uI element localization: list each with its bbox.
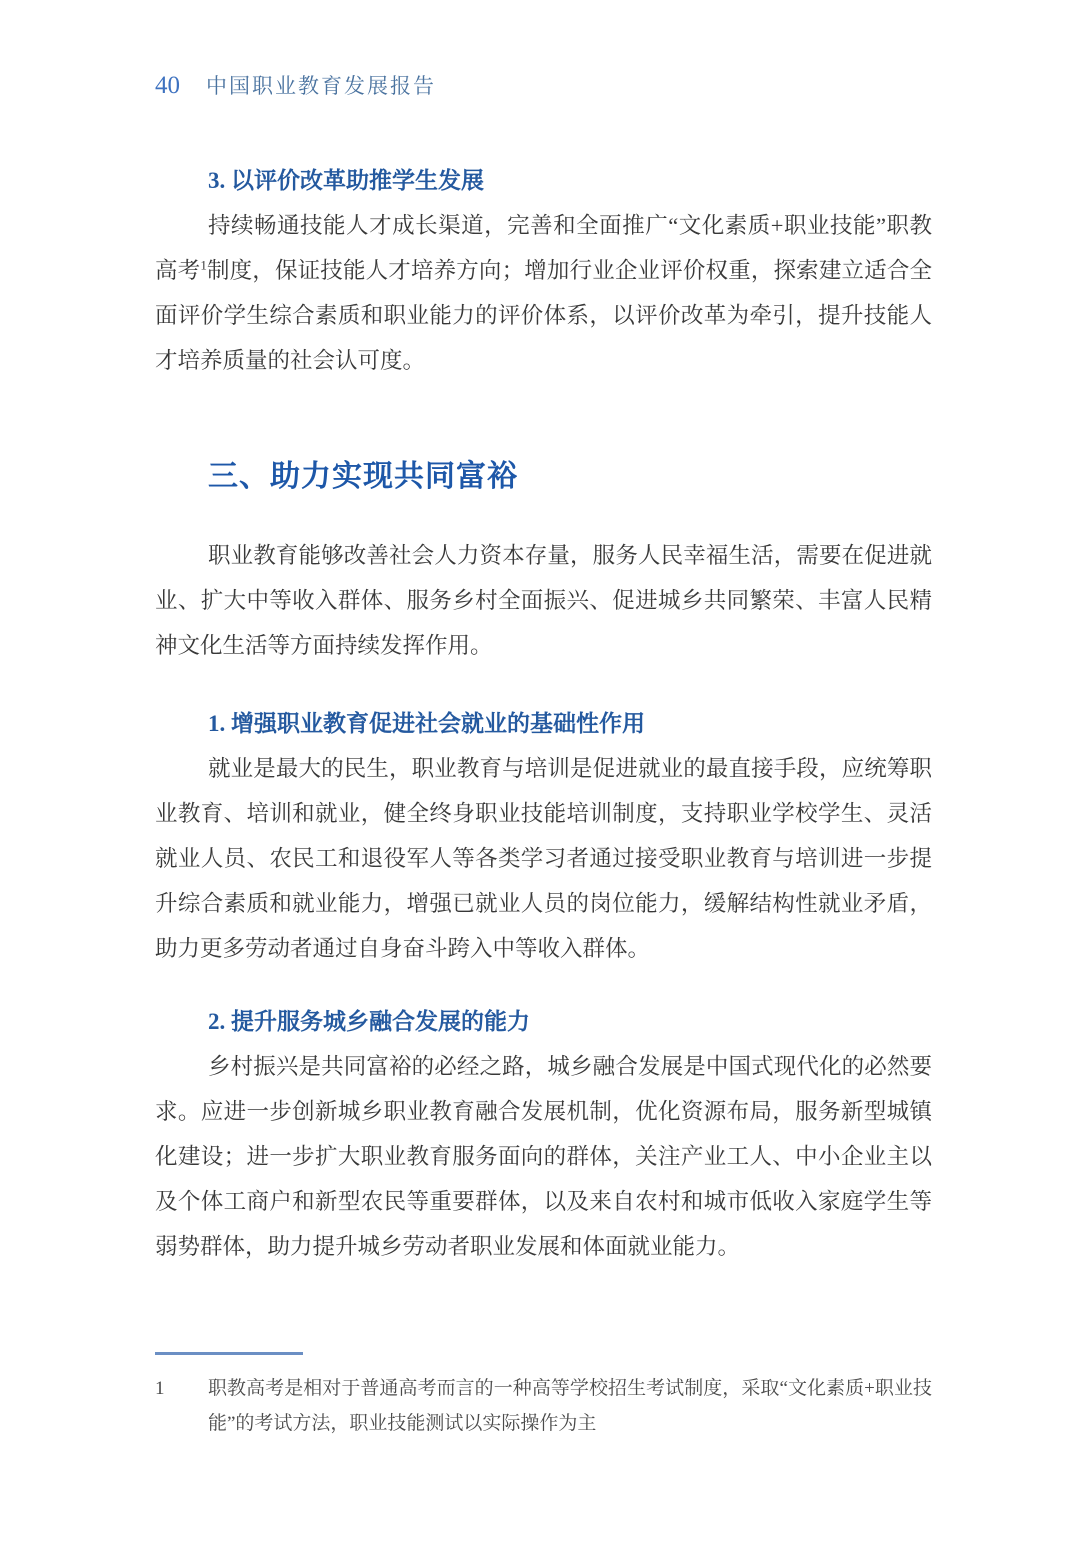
footnote-divider (155, 1352, 303, 1355)
subsection-1-heading: 1. 增强职业教育促进社会就业的基础性作用 (208, 701, 932, 746)
report-title: 中国职业教育发展报告 (206, 70, 436, 100)
subsection-1-paragraph: 就业是最大的民生，职业教育与培训是促进就业的最直接手段，应统筹职业教育、培训和就… (155, 746, 932, 971)
paragraph-text-after-footnote-ref: 制度，保证技能人才培养方向；增加行业企业评价权重，探索建立适合全面评价学生综合素… (155, 258, 932, 373)
subsection-3-paragraph: 持续畅通技能人才成长渠道，完善和全面推广“文化素质+职业技能”职教高考1制度，保… (155, 203, 932, 383)
footnote-text: 职教高考是相对于普通高考而言的一种高等学校招生考试制度，采取“文化素质+职业技能… (208, 1371, 932, 1441)
footnote-row: 1 职教高考是相对于普通高考而言的一种高等学校招生考试制度，采取“文化素质+职业… (155, 1371, 932, 1441)
running-header: 40 中国职业教育发展报告 (155, 70, 932, 100)
footnote-area: 1 职教高考是相对于普通高考而言的一种高等学校招生考试制度，采取“文化素质+职业… (155, 1352, 932, 1441)
chapter-heading: 三、助力实现共同富裕 (208, 451, 932, 503)
document-page: 40 中国职业教育发展报告 3. 以评价改革助推学生发展 持续畅通技能人才成长渠… (0, 0, 1080, 1561)
subsection-2-paragraph: 乡村振兴是共同富裕的必经之路，城乡融合发展是中国式现代化的必然要求。应进一步创新… (155, 1044, 932, 1269)
subsection-2-heading: 2. 提升服务城乡融合发展的能力 (208, 999, 932, 1044)
footnote-marker: 1 (155, 1371, 208, 1406)
chapter-intro-paragraph: 职业教育能够改善社会人力资本存量，服务人民幸福生活，需要在促进就业、扩大中等收入… (155, 533, 932, 668)
page-number: 40 (155, 72, 180, 100)
subsection-3-heading: 3. 以评价改革助推学生发展 (208, 158, 932, 203)
